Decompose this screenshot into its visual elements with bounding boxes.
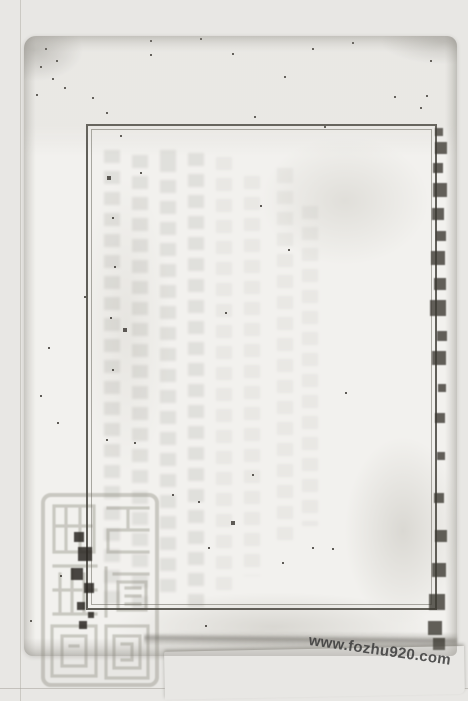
scan-background: { "page": { "watermark": "www.fozhu920.c… <box>0 0 468 701</box>
ink-blot <box>24 36 26 38</box>
inner-frame-line <box>91 129 432 605</box>
mat-edge-line <box>20 0 21 701</box>
ruled-frame <box>86 124 437 610</box>
book-page <box>24 36 457 656</box>
